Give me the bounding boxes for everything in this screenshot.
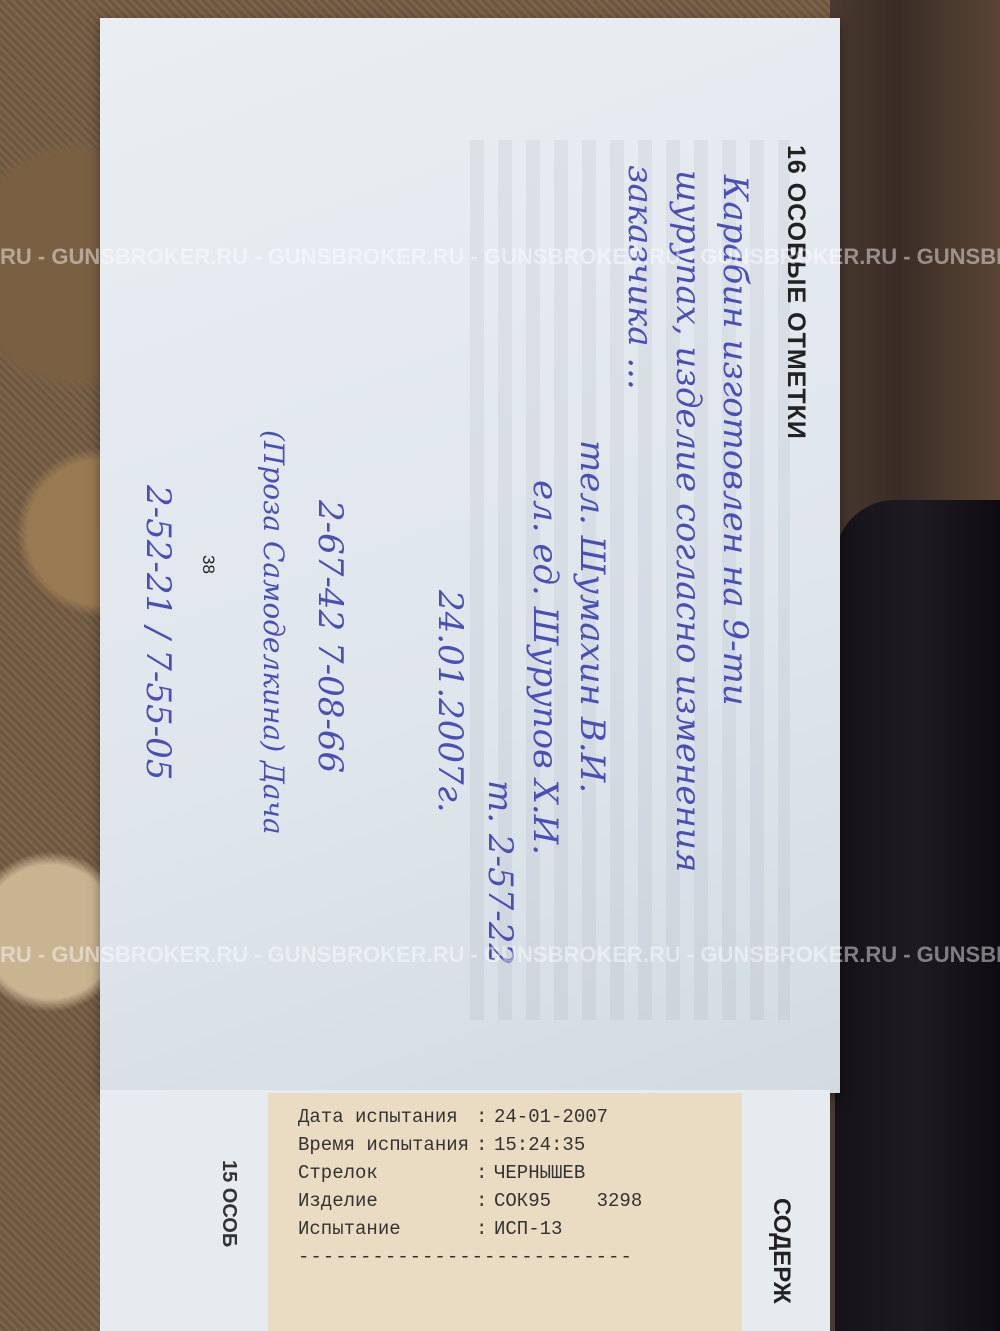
test-receipt: Дата испытания : 24-01-2007 Время испыта… bbox=[268, 1093, 742, 1331]
handwritten-line: т. 2-57-22 bbox=[480, 780, 520, 965]
section-title: 16 ОСОБЫЕ ОТМЕТКИ bbox=[781, 145, 810, 440]
rifle-stock bbox=[835, 500, 1000, 1331]
receipt-row-test: Испытание : ИСП-13 bbox=[268, 1215, 742, 1243]
receipt-row-time: Время испытания : 15:24:35 bbox=[268, 1131, 742, 1159]
page-number: 38 bbox=[198, 555, 218, 574]
receipt-separator-line: --------------------------- bbox=[268, 1243, 742, 1271]
handwritten-line: 2-67-42 7-08-66 bbox=[310, 500, 350, 773]
handwritten-line: шурупах, изделие согласно изменения bbox=[668, 170, 708, 872]
handwritten-line: 24.01.2007г. bbox=[430, 590, 470, 813]
previous-page-title: 15 ОСОБ bbox=[217, 1160, 240, 1247]
watermark: RU - GUNSBROKER.RU - GUNSBROKER.RU - GUN… bbox=[0, 244, 1000, 270]
handwritten-line: 2-52-21 / 7-55-05 bbox=[138, 485, 178, 780]
handwritten-line: ел. ед. Шурупов Х.И. bbox=[525, 480, 565, 855]
handwritten-line: (Проза Самоделкина) Дача bbox=[257, 430, 290, 835]
receipt-row-shooter: Стрелок : ЧЕРНЫШЕВ bbox=[268, 1159, 742, 1187]
handwritten-line: заказчика ... bbox=[620, 165, 660, 390]
receipt-row-date: Дата испытания : 24-01-2007 bbox=[268, 1103, 742, 1131]
handwritten-line: тел. Шумахин В.И. bbox=[572, 440, 612, 793]
contents-heading: СОДЕРЖ bbox=[767, 1198, 795, 1304]
watermark: RU - GUNSBROKER.RU - GUNSBROKER.RU - GUN… bbox=[0, 942, 1000, 968]
receipt-row-product: Изделие : СОК95 3298 bbox=[268, 1187, 742, 1215]
